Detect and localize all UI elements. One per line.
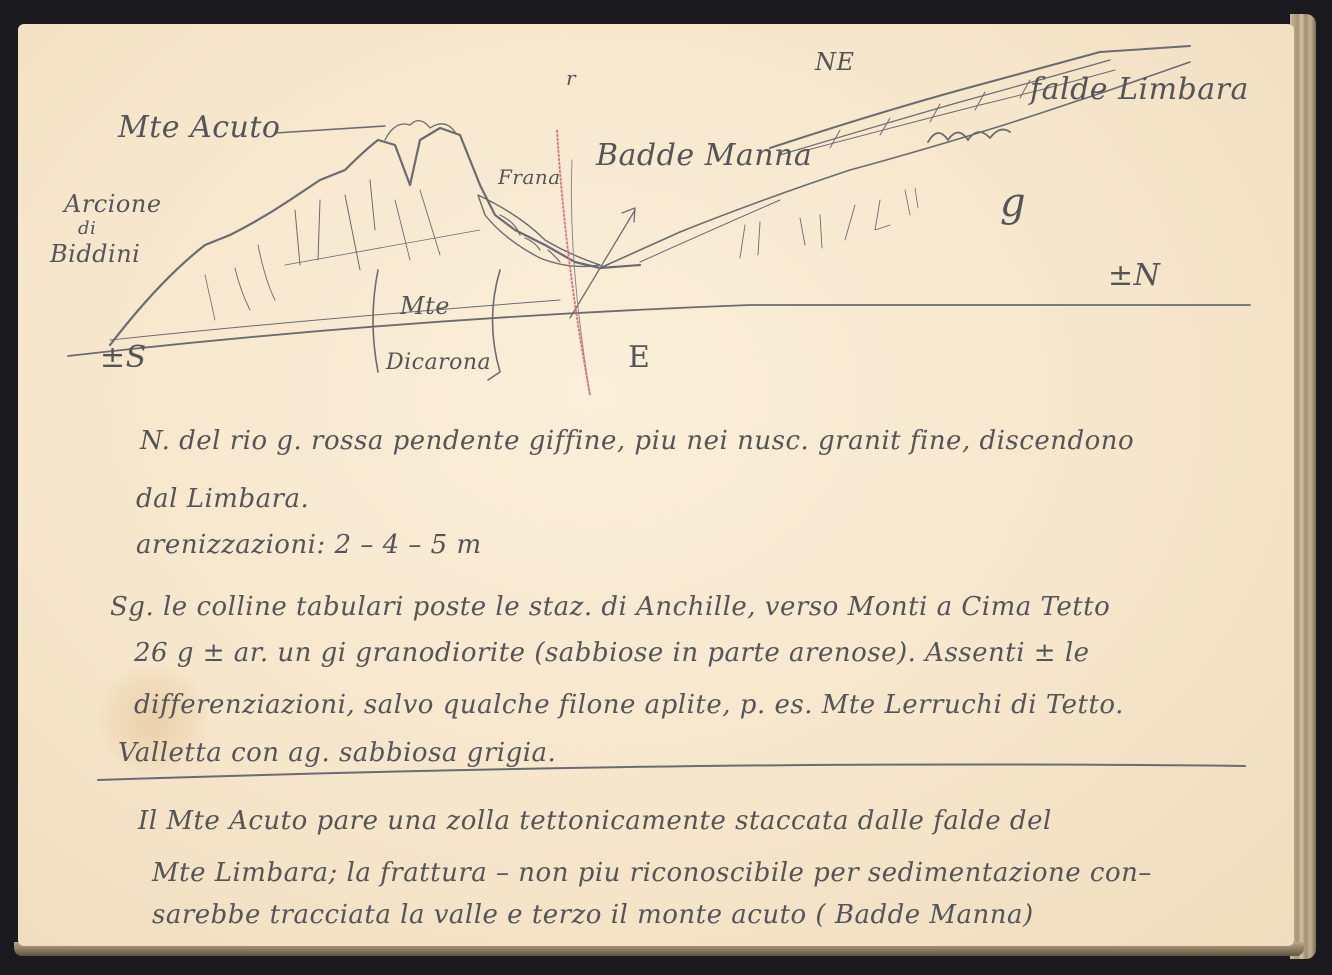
label-ne-mark: NE (815, 48, 855, 76)
label-top-mark: r (566, 66, 576, 90)
label-g-mark: g (1000, 180, 1026, 226)
label-falde-limbara: falde Limbara (1030, 72, 1249, 107)
label-badde-manna: Badde Manna (596, 138, 812, 173)
note-p1-line1: N. del rio g. rossa pendente giffine, pi… (140, 426, 1134, 456)
label-monte-dicarona-bottom: Dicarona (386, 350, 491, 375)
label-e-marker: E (628, 340, 650, 375)
note-p2-line3: differenziazioni, salvo qualche filone a… (134, 690, 1124, 720)
label-n-marker: ±N (1108, 258, 1160, 293)
label-monte-acuto: Mte Acuto (118, 110, 280, 145)
label-monte-dicarona-top: Mte (400, 292, 450, 320)
note-p3-line2: Mte Limbara; la frattura – non piu ricon… (152, 858, 1152, 888)
note-p2-line2: 26 g ± ar. un gi granodiorite (sabbiose … (134, 638, 1090, 668)
label-arcione: Arcione (64, 190, 162, 218)
scanned-notebook: Mte Acuto Arcione di Biddini Mte Dicaron… (0, 0, 1332, 975)
note-p1-line2: dal Limbara. (136, 484, 309, 514)
note-p2-line1: Sg. le colline tabulari poste le staz. d… (110, 592, 1110, 622)
note-p3-line3: sarebbe tracciata la valle e terzo il mo… (152, 900, 1034, 930)
label-s-marker: ±S (100, 340, 147, 375)
note-p1-line3: arenizzazioni: 2 – 4 – 5 m (136, 530, 482, 560)
label-biddini: Biddini (50, 240, 140, 268)
label-frana: Frana (498, 165, 561, 189)
note-p3-line1: Il Mte Acuto pare una zolla tettonicamen… (138, 806, 1052, 836)
note-p2-line4: Valletta con ag. sabbiosa grigia. (118, 738, 556, 768)
label-di: di (78, 218, 96, 239)
